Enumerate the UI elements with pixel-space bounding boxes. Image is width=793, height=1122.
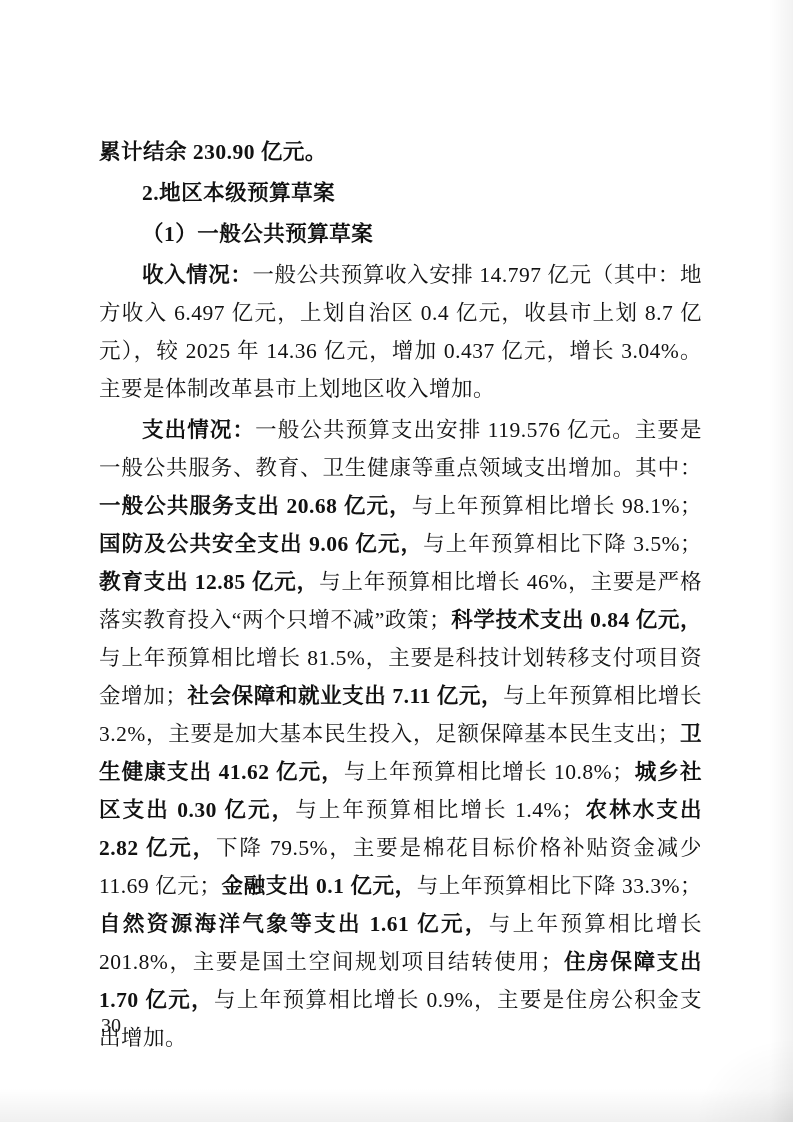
text-run: 与上年预算相比增长 10.8%； [344, 760, 634, 784]
text-run-bold: 收入情况： [142, 263, 252, 287]
text-run-bold: 自然资源海洋气象等支出 1.61 亿元， [99, 912, 489, 936]
text-run-bold: 社会保障和就业支出 7.11 亿元， [187, 684, 503, 708]
paragraph-carryover-balance: 累计结余 230.90 亿元。 [99, 133, 702, 171]
text-run: 与上年预算相比下降 33.3%； [417, 874, 702, 898]
text-run-bold: 金融支出 0.1 亿元， [221, 874, 416, 898]
paragraph-expenditure-situation: 支出情况：一般公共预算支出安排 119.576 亿元。主要是一般公共服务、教育、… [99, 411, 702, 1057]
text-run-bold: 2.地区本级预算草案 [142, 181, 335, 205]
text-run-bold: 国防及公共安全支出 9.06 亿元， [99, 532, 423, 556]
page-number: 30 [101, 1014, 121, 1038]
text-run: 与上年预算相比增长 1.4%； [295, 798, 584, 822]
text-run-bold: 累计结余 230.90 亿元。 [99, 140, 327, 164]
text-run-bold: 支出情况： [142, 418, 255, 442]
paragraph-revenue-situation: 收入情况：一般公共预算收入安排 14.797 亿元（其中：地方收入 6.497 … [99, 256, 702, 408]
text-run: 与上年预算相比增长 98.1%； [412, 494, 702, 518]
text-run: 与上年预算相比下降 3.5%； [423, 532, 702, 556]
document-page: 累计结余 230.90 亿元。2.地区本级预算草案（1）一般公共预算草案收入情况… [0, 0, 793, 1122]
paragraph-heading-general-public-budget-draft: （1）一般公共预算草案 [99, 215, 702, 253]
text-run-bold: 一般公共服务支出 20.68 亿元， [99, 494, 412, 518]
text-run-bold: 教育支出 12.85 亿元， [99, 570, 319, 594]
document-text-block: 累计结余 230.90 亿元。2.地区本级预算草案（1）一般公共预算草案收入情况… [99, 133, 702, 1057]
text-run-bold: （1）一般公共预算草案 [142, 222, 373, 246]
text-run-bold: 科学技术支出 0.84 亿元， [451, 608, 702, 632]
paragraph-heading-regional-budget-draft: 2.地区本级预算草案 [99, 174, 702, 212]
